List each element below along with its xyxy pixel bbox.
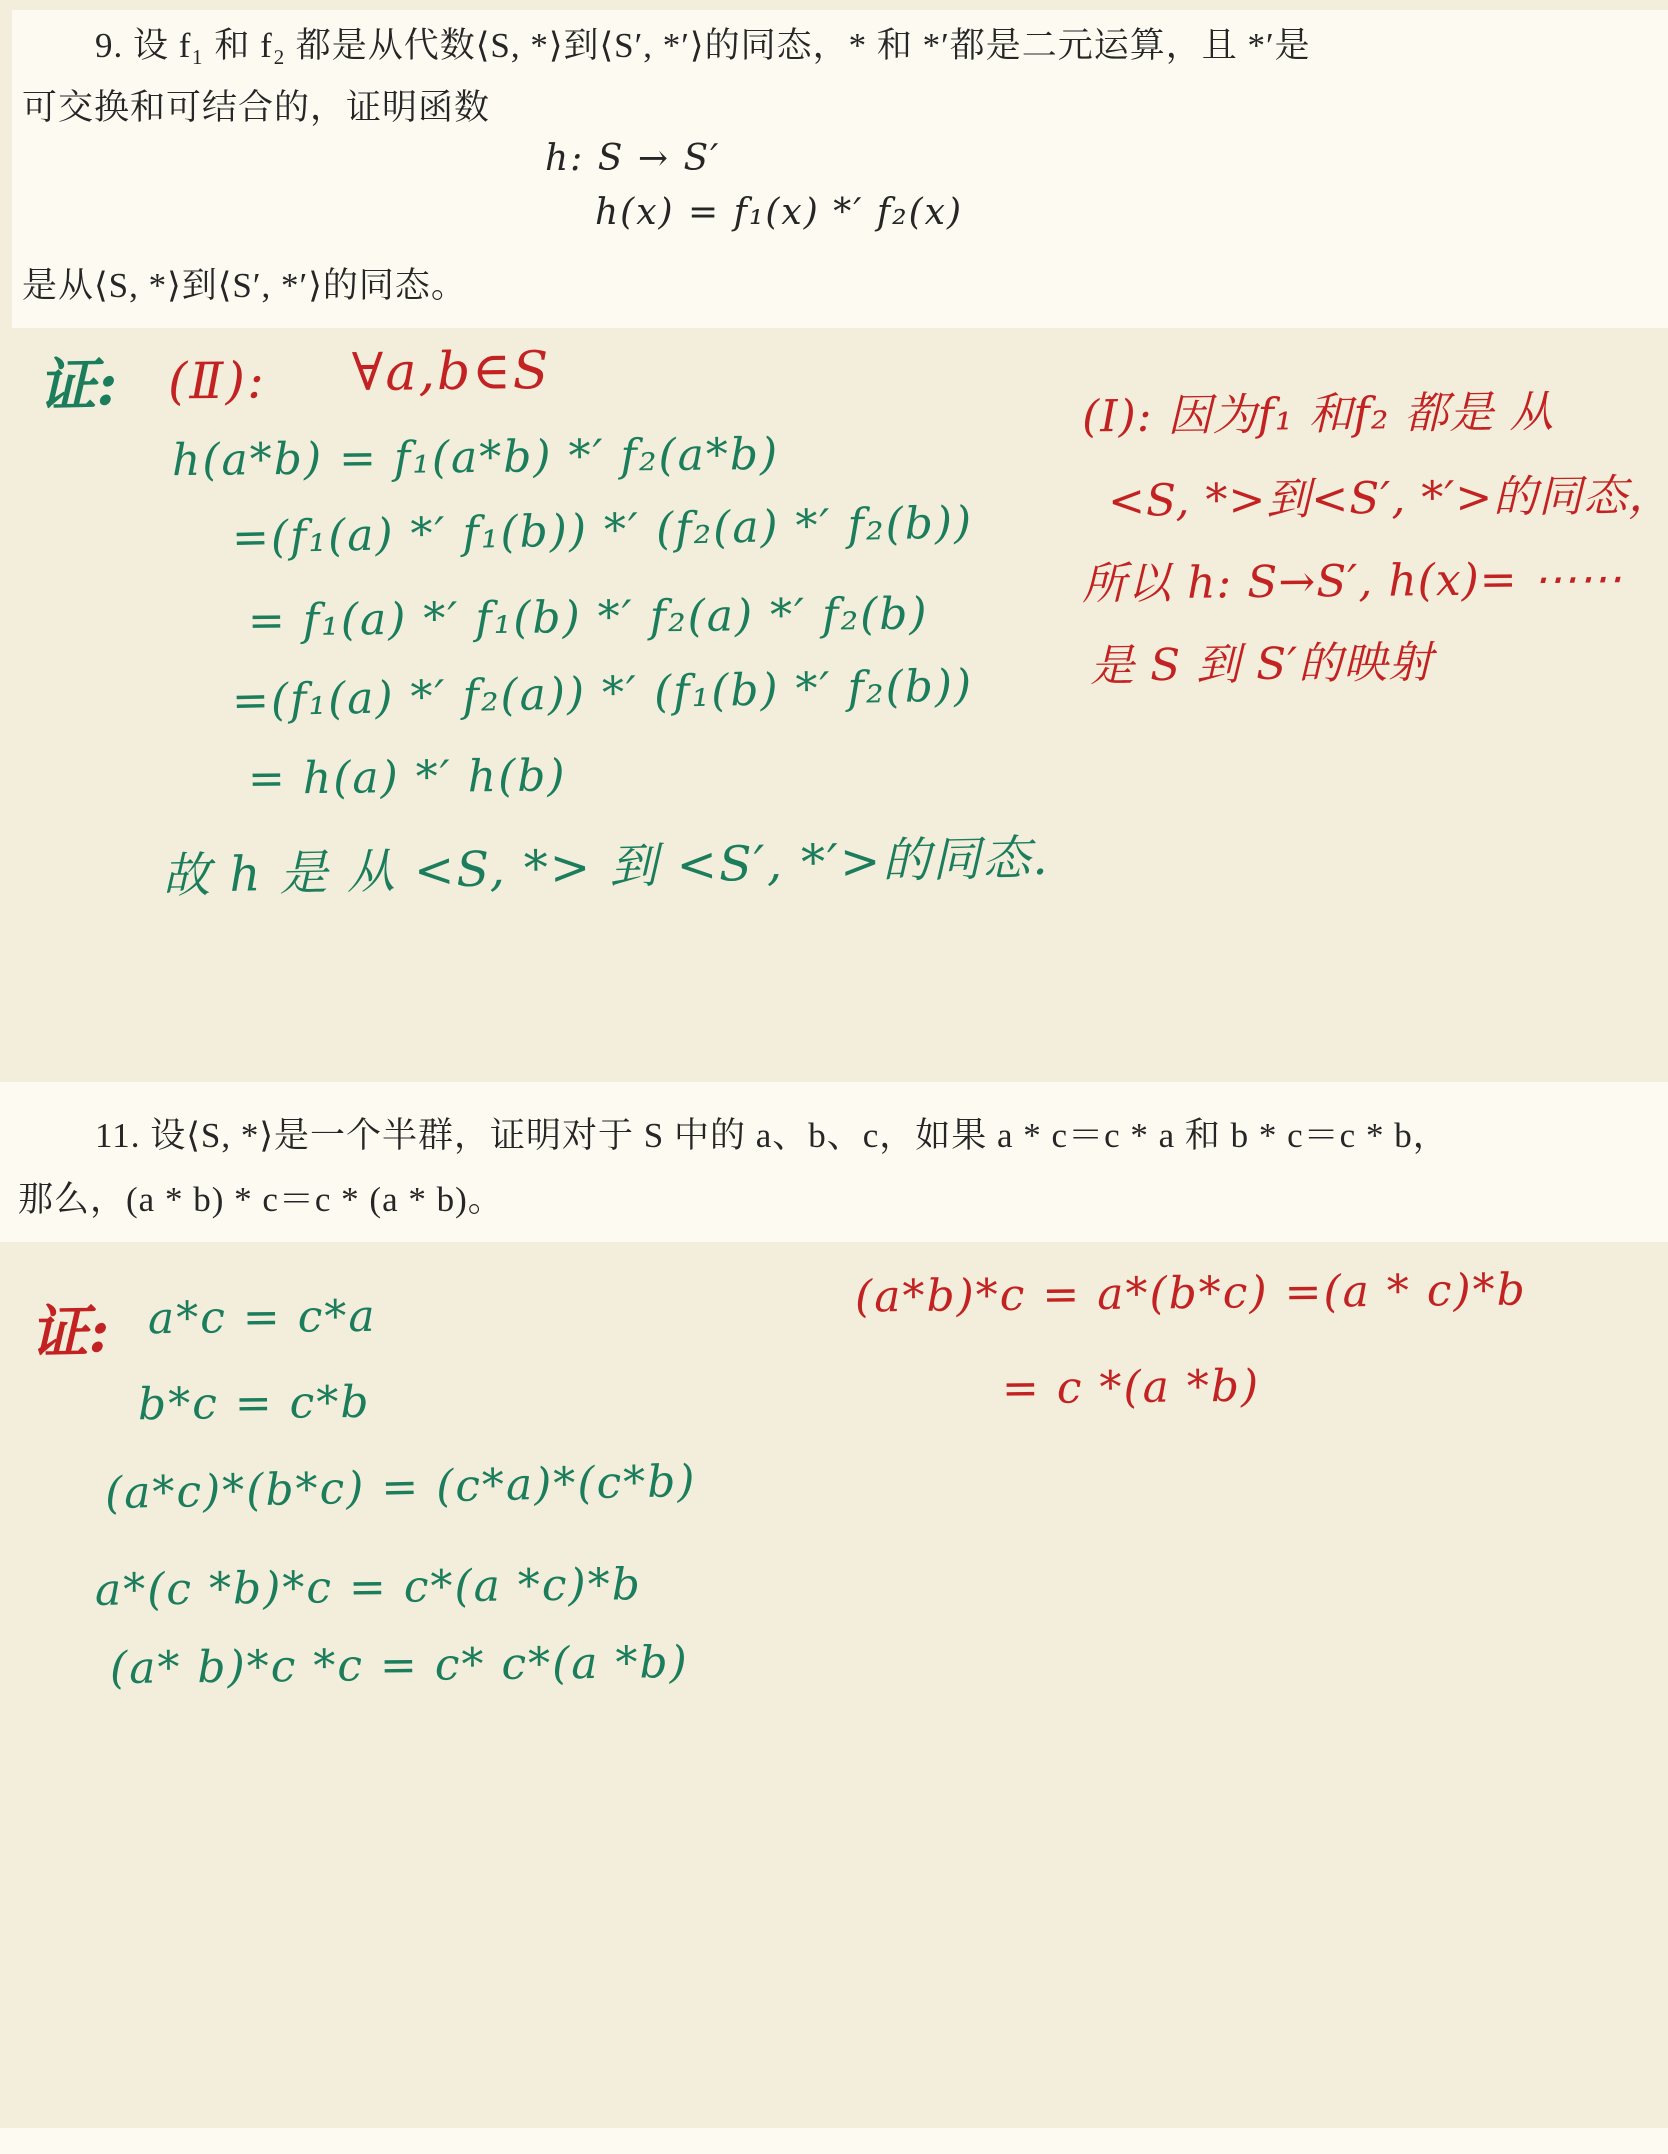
solution-9-proof-label: 证:: [37, 337, 118, 423]
solution-11-red-line-1: (a*b)*c = a*(b*c) =(a * c)*b: [855, 1264, 1527, 1322]
scan-bottom-edge: [0, 2128, 1668, 2154]
solution-9-conclusion: 故 h 是 从 <S, *> 到 <S′, *′>的同态.: [161, 819, 1050, 907]
solution-11-eq-line-2: b*c = c*b: [138, 1377, 371, 1430]
problem-9-text-tail: 是从⟨S, *⟩到⟨S′, *′⟩的同态。: [22, 258, 467, 308]
problem-9-formula-h-map: h: S → S′: [545, 138, 720, 179]
solution-9-eq-line-3: = f₁(a) *′ f₁(b) *′ f₂(a) *′ f₂(b): [248, 588, 929, 646]
solution-9-eq-line-5: = h(a) *′ h(b): [248, 750, 567, 804]
solution-9-red-note-line-1: (Ⅰ): 因为f₁ 和f₂ 都是 从: [1082, 376, 1555, 445]
solution-9-red-note-line-2: <S, *>到<S′, *′>的同态，: [1108, 459, 1668, 529]
solution-11-proof-label: 证:: [29, 1284, 110, 1370]
problem-11-text-line-2: 那么，(a * b) * c＝c * (a * b)。: [18, 1172, 504, 1222]
solution-9-red-note-line-3: 所以 h: S→S′, h(x)= ⋯⋯: [1082, 542, 1623, 612]
problem-9-text-line-2: 可交换和可结合的，证明函数: [22, 80, 490, 130]
solution-11-eq-line-5: (a* b)*c *c = c* c*(a *b): [110, 1637, 689, 1694]
problem-9-text-line-1: 9. 设 f₁ 和 f₂ 都是从代数⟨S, *⟩到⟨S′, *′⟩的同态，* 和…: [95, 18, 1311, 68]
solution-9-part2-label: (Ⅱ):: [168, 351, 266, 410]
solution-11-eq-line-3: (a*c)*(b*c) = (c*a)*(c*b): [105, 1456, 697, 1519]
problem-9-formula-hx: h(x) = f₁(x) *′ f₂(x): [595, 192, 963, 233]
solution-11-eq-line-1: a*c = c*a: [148, 1291, 377, 1344]
solution-9-forall-statement: ∀a,b∈S: [352, 341, 551, 403]
solution-11-eq-line-4: a*(c *b)*c = c*(a *c)*b: [95, 1559, 642, 1616]
solution-9-eq-line-2: =(f₁(a) *′ f₁(b)) *′ (f₂(a) *′ f₂(b)): [232, 497, 974, 564]
solution-9-eq-line-4: =(f₁(a) *′ f₂(a)) *′ (f₁(b) *′ f₂(b)): [232, 660, 974, 727]
solution-9-eq-line-1: h(a*b) = f₁(a*b) *′ f₂(a*b): [172, 429, 780, 486]
problem-11-text-line-1: 11. 设⟨S, *⟩是一个半群，证明对于 S 中的 a、b、c，如果 a * …: [95, 1108, 1449, 1158]
solution-9-red-note-line-4: 是 S 到 S′的映射: [1090, 626, 1434, 694]
solution-11-red-line-2: = c *(a *b): [1002, 1361, 1261, 1415]
